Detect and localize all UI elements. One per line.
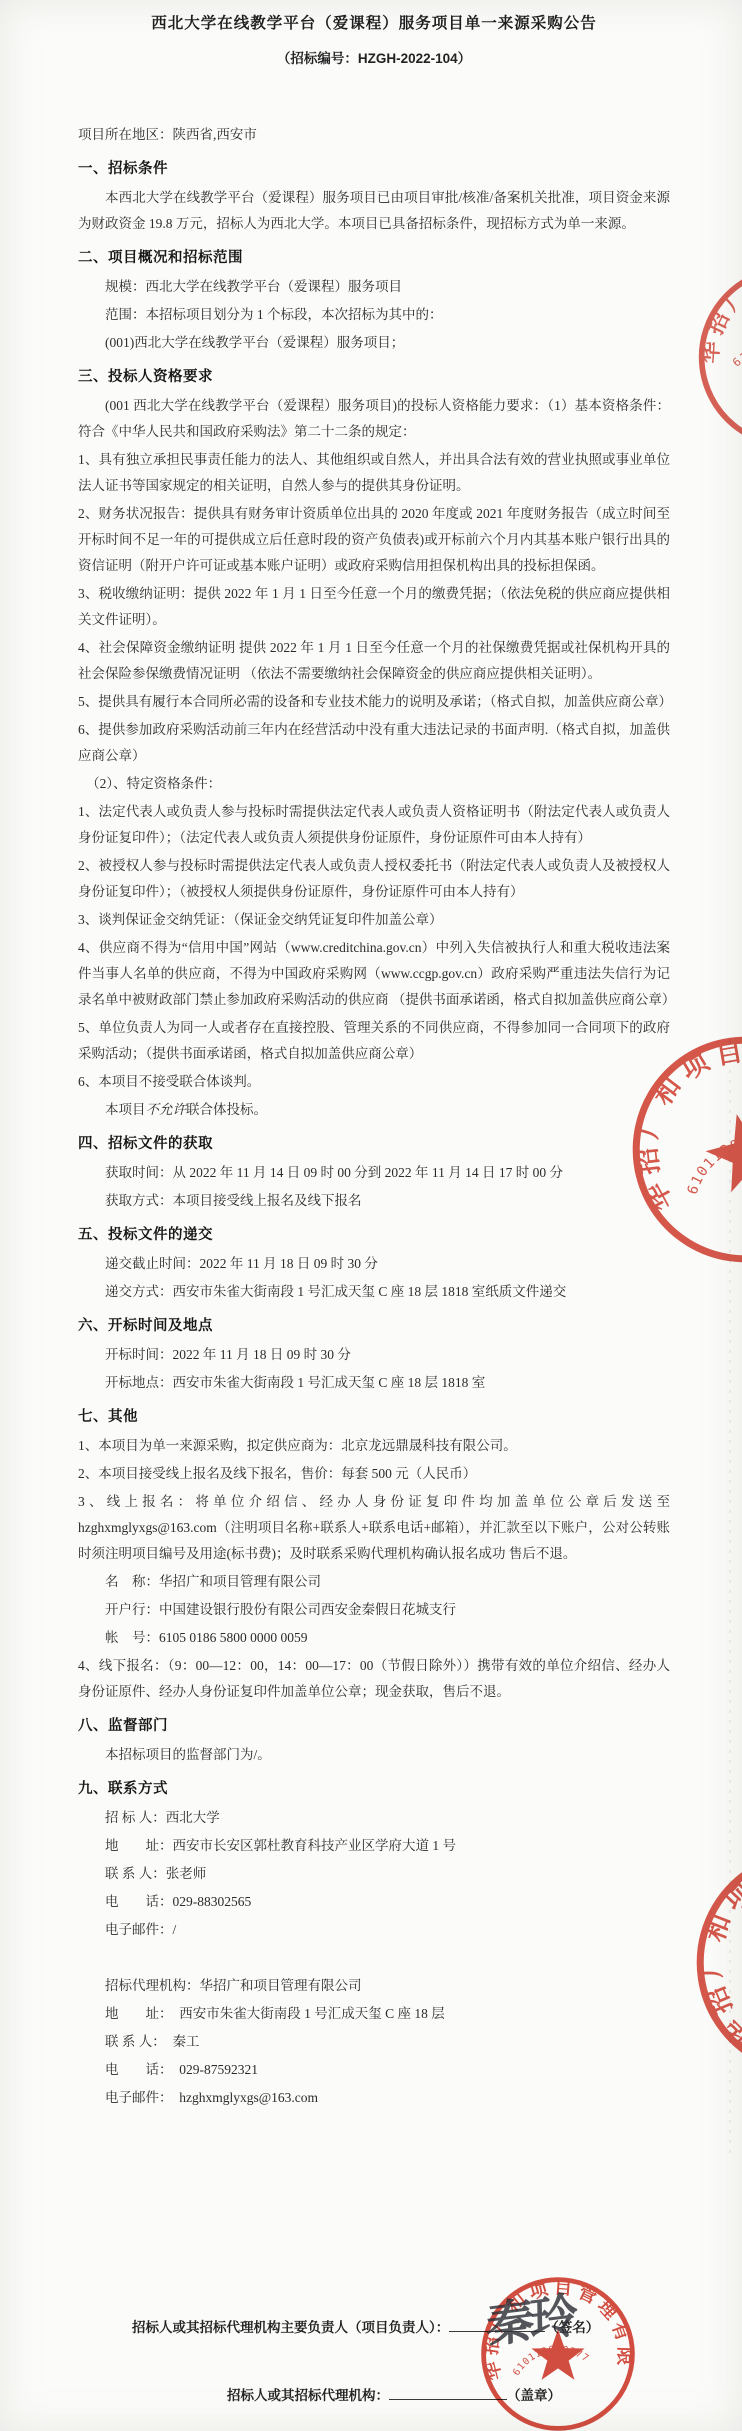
- section-heading-1: 一、招标条件: [78, 156, 670, 182]
- page-title: 西北大学在线教学平台（爱课程）服务项目单一来源采购公告: [78, 8, 670, 36]
- basic-condition-4: 4、社会保障资金缴纳证明 提供 2022 年 1 月 1 日至今任意一个月的社保…: [78, 635, 670, 687]
- section-heading-6: 六、开标时间及地点: [78, 1313, 670, 1339]
- joint-venture-note: 本项目不允许联合体投标。: [78, 1097, 670, 1123]
- section-heading-9: 九、联系方式: [78, 1776, 670, 1802]
- section-heading-3: 三、投标人资格要求: [78, 364, 670, 390]
- project-scope: 范围：本招标项目划分为 1 个标段，本次招标为其中的：: [78, 302, 670, 328]
- specific-condition-2: 2、被授权人参与投标时需提供法定代表人或负责人授权委托书（附法定代表人或负责人及…: [78, 853, 670, 905]
- specific-condition-5: 5、单位负责人为同一人或者存在直接控股、管理关系的不同供应商，不得参加同一合同项…: [78, 1015, 670, 1067]
- specific-condition-3: 3、谈判保证金交纳凭证：（保证金交纳凭证复印件加盖公章）: [78, 907, 670, 933]
- account-number: 帐 号：6105 0186 5800 0000 0059: [78, 1625, 670, 1651]
- bid-conditions-text: 本西北大学在线教学平台（爱课程）服务项目已由项目审批/核准/备案机关批准，项目资…: [78, 185, 670, 237]
- bid-number-line: （招标编号：HZGH-2022-104）: [78, 48, 670, 70]
- document-body: 项目所在地区：陕西省,西安市一、招标条件本西北大学在线教学平台（爱课程）服务项目…: [78, 122, 670, 2111]
- section-heading-8: 八、监督部门: [78, 1713, 670, 1739]
- agency-address: 地 址： 西安市朱雀大街南段 1 号汇成天玺 C 座 18 层: [78, 2001, 670, 2027]
- project-scale: 规模：西北大学在线教学平台（爱课程）服务项目: [78, 274, 670, 300]
- handwritten-signature: 秦玲: [486, 2276, 575, 2356]
- agency-seal-label: 招标人或其招标代理机构：: [227, 2388, 389, 2403]
- section-heading-2: 二、项目概况和招标范围: [78, 245, 670, 271]
- specific-condition-4: 4、供应商不得为“信用中国”网站（www.creditchina.gov.cn）…: [78, 935, 670, 1013]
- agency-phone: 电 话： 029-87592321: [78, 2057, 670, 2083]
- tenderer-email: 电子邮件：/: [78, 1917, 670, 1943]
- basic-condition-1: 1、具有独立承担民事责任能力的法人、其他组织或自然人，并出具合法有效的营业执照或…: [78, 447, 670, 499]
- basic-condition-5: 5、提供具有履行本合同所必需的设备和专业技术能力的说明及承诺；（格式自拟，加盖供…: [78, 689, 670, 715]
- tenderer-phone: 电 话：029-88302565: [78, 1889, 670, 1915]
- basic-condition-2: 2、财务状况报告：提供具有财务审计资质单位出具的 2020 年度或 2021 年…: [78, 501, 670, 579]
- specific-condition-6: 6、本项目不接受联合体谈判。: [78, 1069, 670, 1095]
- section-heading-7: 七、其他: [78, 1404, 670, 1430]
- account-bank: 开户行：中国建设银行股份有限公司西安金秦假日花城支行: [78, 1597, 670, 1623]
- lot-001: (001)西北大学在线教学平台（爱课程）服务项目；: [78, 330, 670, 356]
- section-heading-4: 四、招标文件的获取: [78, 1131, 670, 1157]
- basic-condition-3: 3、税收缴纳证明：提供 2022 年 1 月 1 日至今任意一个月的缴费凭据；（…: [78, 581, 670, 633]
- other-4: 4、线下报名：（9：00—12：00，14：00—17：00（节假日除外））携带…: [78, 1653, 670, 1705]
- account-name: 名 称：华招广和项目管理有限公司: [78, 1569, 670, 1595]
- other-1: 1、本项目为单一来源采购，拟定供应商为：北京龙远鼎晟科技有限公司。: [78, 1433, 670, 1459]
- other-2: 2、本项目接受线上报名及线下报名，售价：每套 500 元（人民币）: [78, 1461, 670, 1487]
- opening-place: 开标地点：西安市朱雀大街南段 1 号汇成天玺 C 座 18 层 1818 室: [78, 1370, 670, 1396]
- section-heading-5: 五、投标文件的递交: [78, 1222, 670, 1248]
- specific-condition-title: （2）、特定资格条件：: [78, 771, 670, 797]
- spacer: [78, 1945, 670, 1971]
- opening-time: 开标时间：2022 年 11 月 18 日 09 时 30 分: [78, 1342, 670, 1368]
- agency-email: 电子邮件： hzghxmglyxgs@163.com: [78, 2085, 670, 2111]
- other-3: 3、线上报名：将单位介绍信、经办人身份证复印件均加盖单位公章后发送至 hzghx…: [78, 1489, 670, 1567]
- agency-contact: 联 系 人： 秦工: [78, 2029, 670, 2055]
- obtain-time: 获取时间：从 2022 年 11 月 14 日 09 时 00 分到 2022 …: [78, 1160, 670, 1186]
- submission-method: 递交方式：西安市朱雀大街南段 1 号汇成天玺 C 座 18 层 1818 室纸质…: [78, 1279, 670, 1305]
- tenderer-contact: 联 系 人：张老师: [78, 1861, 670, 1887]
- tenderer-name: 招 标 人：西北大学: [78, 1805, 670, 1831]
- qualification-intro: (001 西北大学在线教学平台（爱课程）服务项目)的投标人资格能力要求：（1）基…: [78, 393, 670, 445]
- agency-name: 招标代理机构：华招广和项目管理有限公司: [78, 1973, 670, 1999]
- submission-deadline: 递交截止时间：2022 年 11 月 18 日 09 时 30 分: [78, 1251, 670, 1277]
- tenderer-address: 地 址：西安市长安区郭杜教育科技产业区学府大道 1 号: [78, 1833, 670, 1859]
- specific-condition-1: 1、法定代表人或负责人参与投标时需提供法定代表人或负责人资格证明书（附法定代表人…: [78, 799, 670, 851]
- scanned-announcement-page: 西北大学在线教学平台（爱课程）服务项目单一来源采购公告 （招标编号：HZGH-2…: [0, 0, 742, 2431]
- project-location: 项目所在地区：陕西省,西安市: [78, 122, 670, 148]
- svg-text:610113080277: 610113080277: [727, 327, 742, 395]
- supervision-dept: 本招标项目的监督部门为/。: [78, 1742, 670, 1768]
- obtain-method: 获取方式：本项目接受线上报名及线下报名: [78, 1188, 670, 1214]
- principal-sign-label: 招标人或其招标代理机构主要负责人（项目负责人）：: [132, 2320, 449, 2335]
- basic-condition-6: 6、提供参加政府采购活动前三年内在经营活动中没有重大违法记录的书面声明.（格式自…: [78, 717, 670, 769]
